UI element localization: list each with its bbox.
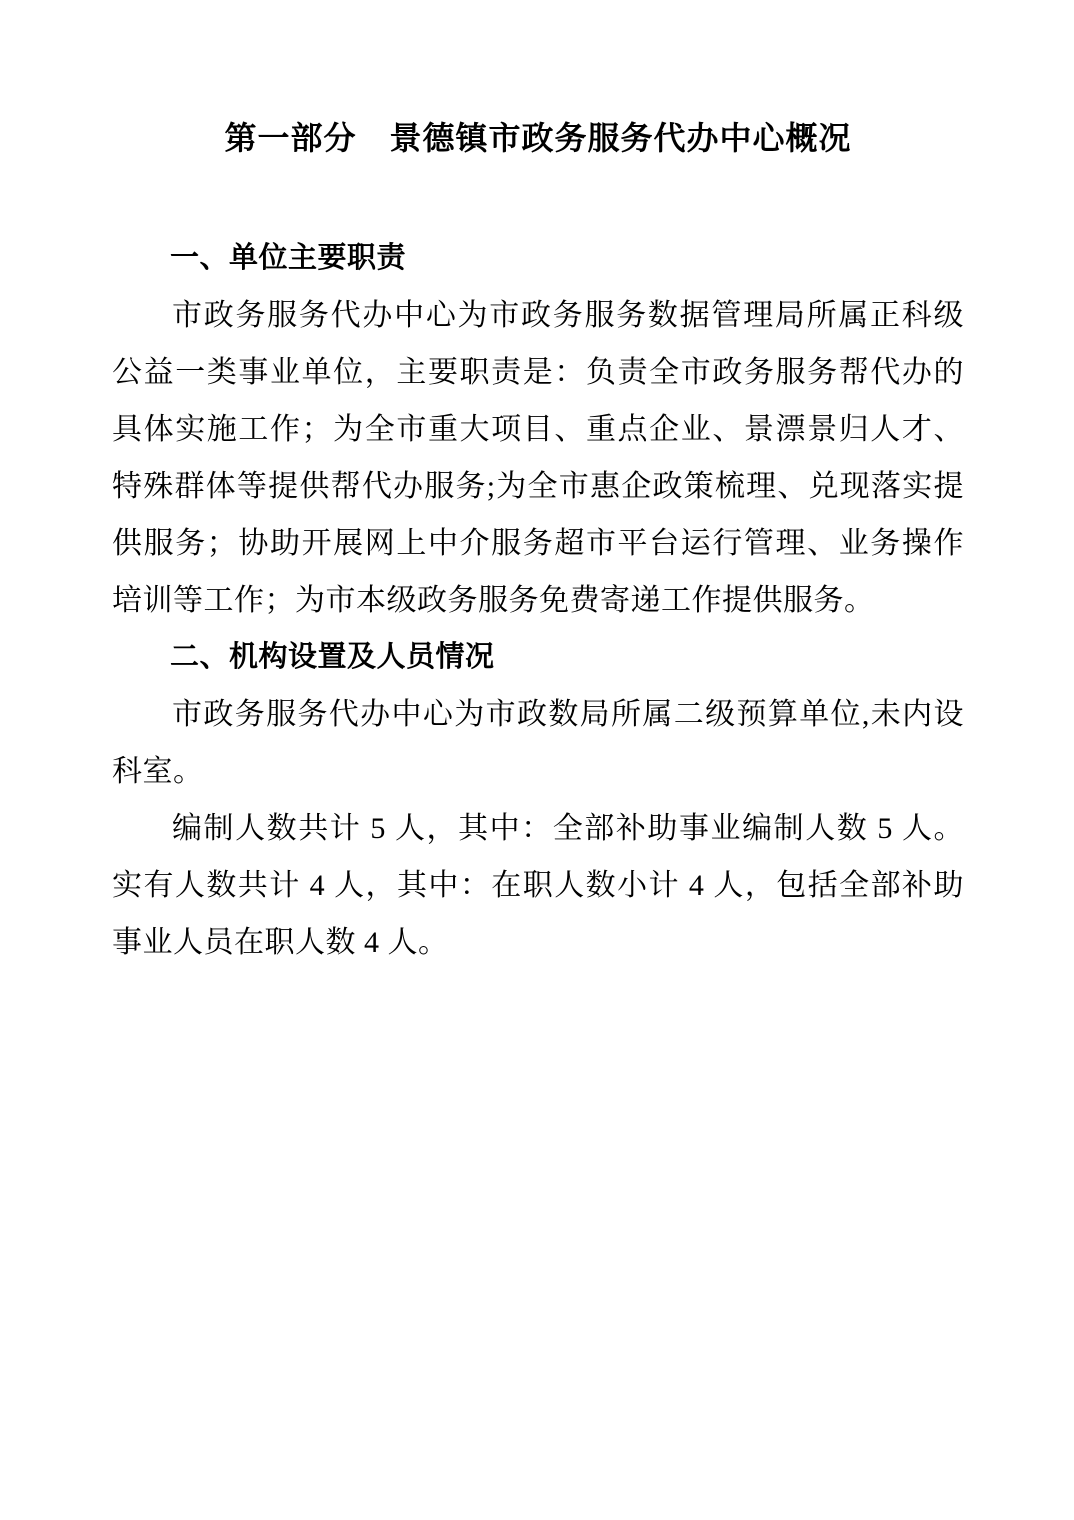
- document-title: 第一部分 景德镇市政务服务代办中心概况: [112, 118, 964, 158]
- section-2-paragraph-2: 编制人数共计 5 人，其中：全部补助事业编制人数 5 人。实有人数共计 4 人，…: [112, 800, 964, 971]
- section-1-paragraph-1: 市政务服务代办中心为市政务服务数据管理局所属正科级公益一类事业单位，主要职责是：…: [112, 287, 964, 629]
- section-org-staffing: 二、机构设置及人员情况 市政务服务代办中心为市政数局所属二级预算单位,未内设科室…: [112, 629, 964, 971]
- document-page: 第一部分 景德镇市政务服务代办中心概况 一、单位主要职责 市政务服务代办中心为市…: [0, 0, 1074, 1520]
- section-2-paragraph-1: 市政务服务代办中心为市政数局所属二级预算单位,未内设科室。: [112, 686, 964, 800]
- section-2-heading: 二、机构设置及人员情况: [112, 629, 964, 686]
- section-1-heading: 一、单位主要职责: [112, 230, 964, 287]
- section-unit-duties: 一、单位主要职责 市政务服务代办中心为市政务服务数据管理局所属正科级公益一类事业…: [112, 230, 964, 629]
